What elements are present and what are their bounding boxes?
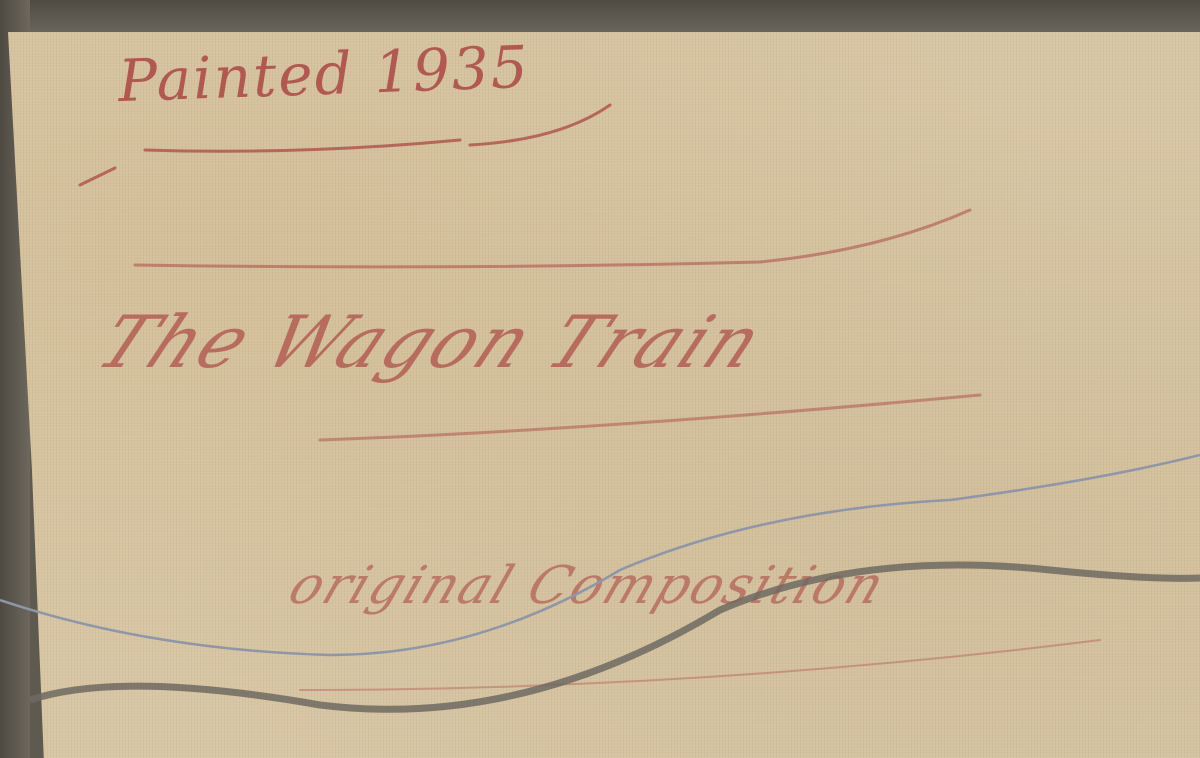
wire xyxy=(0,455,1200,655)
hanging-wire xyxy=(0,0,1200,758)
wire-shadow xyxy=(30,565,1200,709)
